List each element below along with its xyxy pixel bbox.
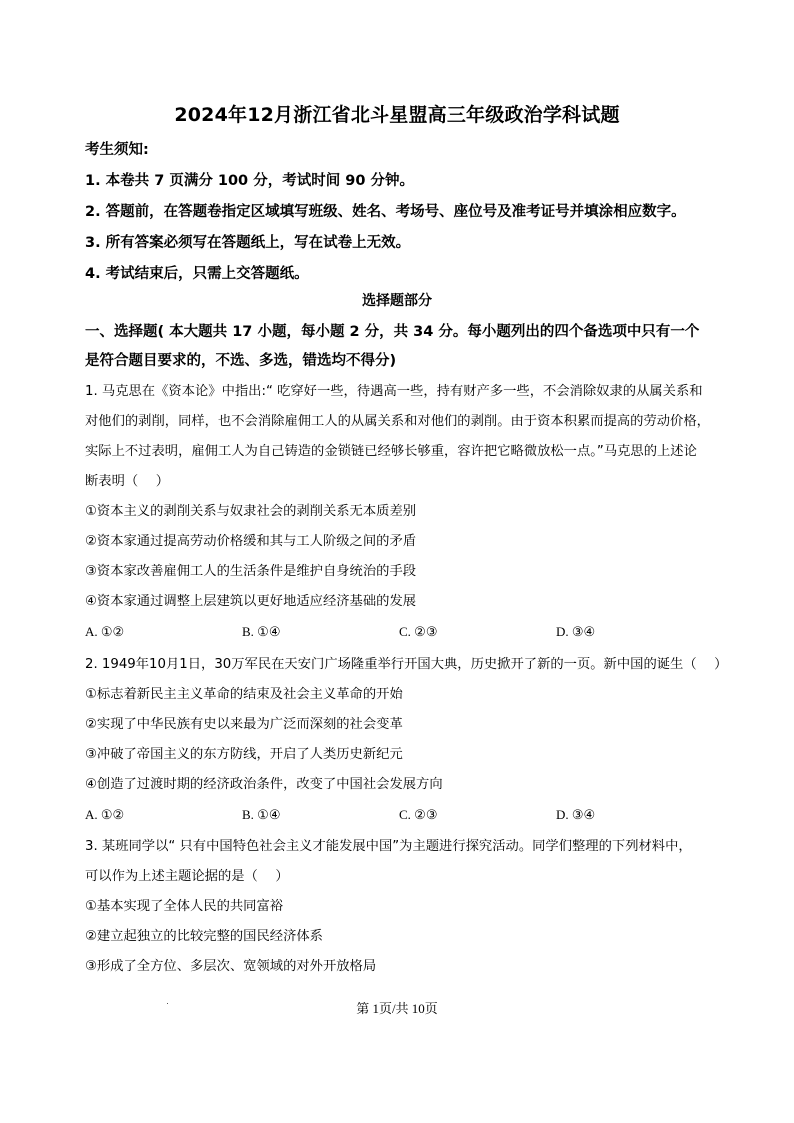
- choice-b: B. ①④: [242, 624, 280, 640]
- stem-line: 2. 1949年10月1日，30万军民在天安门广场隆重举行开国大典，历史掀开了新…: [85, 650, 735, 680]
- question-1-options: ①资本主义的剥削关系与奴隶社会的剥削关系无本质差别 ②资本家通过提高劳动价格缓和…: [85, 497, 725, 617]
- choice-b: B. ①④: [242, 807, 280, 823]
- page-footer: 第 1页/共 10页: [0, 998, 794, 1017]
- notice-item: 3. 所有答案必须写在答题纸上，写在试卷上无效。: [85, 231, 725, 252]
- stem-line: 1. 马克思在《资本论》中指出:“ 吃穿好一些，待遇高一些，持有财产多一些，不会…: [85, 377, 725, 407]
- question-2-options: ①标志着新民主主义革命的结束及社会主义革命的开始 ②实现了中华民族有史以来最为广…: [85, 680, 725, 800]
- option: ④创造了过渡时期的经济政治条件，改变了中国社会发展方向: [85, 770, 725, 800]
- stem-line: 断表明（ ）: [85, 467, 725, 497]
- choice-d: D. ③④: [556, 624, 595, 640]
- choice-a: A. ①②: [85, 807, 124, 823]
- question-3-stem: 3. 某班同学以“ 只有中国特色社会主义才能发展中国”为主题进行探究活动。同学们…: [85, 832, 725, 892]
- question-1-stem: 1. 马克思在《资本论》中指出:“ 吃穿好一些，待遇高一些，持有财产多一些，不会…: [85, 377, 725, 497]
- choice-c: C. ②③: [399, 807, 437, 823]
- choice-d: D. ③④: [556, 807, 595, 823]
- option: ③形成了全方位、多层次、宽领域的对外开放格局: [85, 952, 725, 982]
- section-title: 选择题部分: [0, 290, 794, 310]
- exam-page: 2024年12月浙江省北斗星盟高三年级政治学科试题 考生须知: 1. 本卷共 7…: [0, 0, 794, 1123]
- stem-line: 可以作为上述主题论据的是（ ）: [85, 862, 725, 892]
- notice-item: 1. 本卷共 7 页满分 100 分，考试时间 90 分钟。: [85, 169, 725, 190]
- option: ③资本家改善雇佣工人的生活条件是维护自身统治的手段: [85, 557, 725, 587]
- option: ①基本实现了全体人民的共同富裕: [85, 892, 725, 922]
- stem-line: 3. 某班同学以“ 只有中国特色社会主义才能发展中国”为主题进行探究活动。同学们…: [85, 832, 725, 862]
- choice-a: A. ①②: [85, 624, 124, 640]
- option: ③冲破了帝国主义的东方防线，开启了人类历史新纪元: [85, 740, 725, 770]
- option: ①标志着新民主主义革命的结束及社会主义革命的开始: [85, 680, 725, 710]
- notice-item: 4. 考试结束后，只需上交答题纸。: [85, 262, 725, 283]
- option: ④资本家通过调整上层建筑以更好地适应经济基础的发展: [85, 587, 725, 617]
- question-3-options: ①基本实现了全体人民的共同富裕 ②建立起独立的比较完整的国民经济体系 ③形成了全…: [85, 892, 725, 982]
- section-description: 一、选择题( 本大题共 17 小题，每小题 2 分，共 34 分。每小题列出的四…: [85, 318, 725, 376]
- page-title: 2024年12月浙江省北斗星盟高三年级政治学科试题: [0, 100, 794, 127]
- section-description-line: 一、选择题( 本大题共 17 小题，每小题 2 分，共 34 分。每小题列出的四…: [85, 318, 725, 347]
- question-2-stem: 2. 1949年10月1日，30万军民在天安门广场隆重举行开国大典，历史掀开了新…: [85, 650, 735, 680]
- option: ②资本家通过提高劳动价格缓和其与工人阶级之间的矛盾: [85, 527, 725, 557]
- choice-c: C. ②③: [399, 624, 437, 640]
- stem-line: 对他们的剥削，同样，也不会消除雇佣工人的从属关系和对他们的剥削。由于资本积累而提…: [85, 407, 725, 437]
- option: ②实现了中华民族有史以来最为广泛而深刻的社会变革: [85, 710, 725, 740]
- notice-item: 2. 答题前，在答题卷指定区域填写班级、姓名、考场号、座位号及准考证号并填涂相应…: [85, 200, 725, 221]
- stem-line: 实际上不过表明，雇佣工人为自己铸造的金锁链已经够长够重，容许把它略微放松一点。”…: [85, 437, 725, 467]
- option: ①资本主义的剥削关系与奴隶社会的剥削关系无本质差别: [85, 497, 725, 527]
- option: ②建立起独立的比较完整的国民经济体系: [85, 922, 725, 952]
- notice-heading: 考生须知:: [85, 138, 725, 159]
- section-description-line: 是符合题目要求的，不选、多选，错选均不得分): [85, 347, 725, 376]
